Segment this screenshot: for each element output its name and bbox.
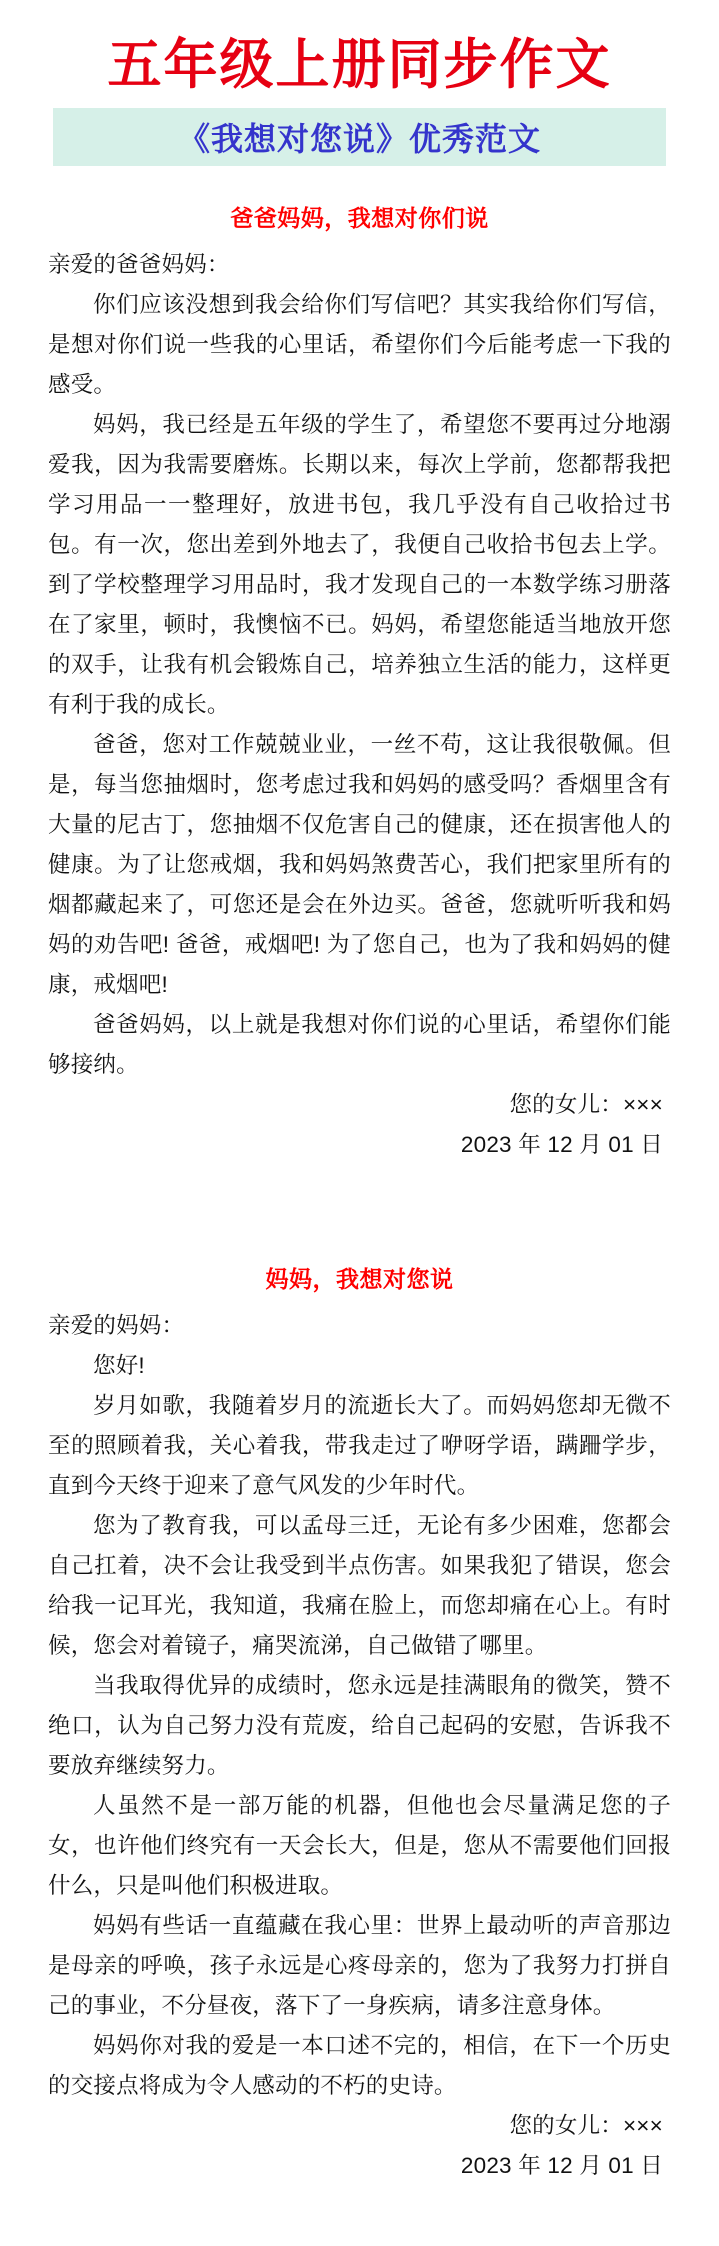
essay-1: 爸爸妈妈，我想对你们说 亲爱的爸爸妈妈： 你们应该没想到我会给你们写信吧？其实我… [48, 200, 671, 1165]
essay-1-salutation: 亲爱的爸爸妈妈： [48, 245, 671, 285]
essay-1-paragraph: 爸爸妈妈，以上就是我想对你们说的心里话，希望你们能够接纳。 [48, 1005, 671, 1085]
page-title: 五年级上册同步作文 [48, 34, 671, 96]
essay-1-paragraph: 爸爸，您对工作兢兢业业，一丝不苟，这让我很敬佩。但是，每当您抽烟时，您考虑过我和… [48, 725, 671, 1005]
essay-1-paragraph: 你们应该没想到我会给你们写信吧？其实我给你们写信，是想对你们说一些我的心里话，希… [48, 285, 671, 405]
essay-2-paragraph: 人虽然不是一部万能的机器，但他也会尽量满足您的子女，也许他们终究有一天会长大，但… [48, 1786, 671, 1906]
essay-1-date: 2023 年 12 月 01 日 [48, 1125, 671, 1165]
subtitle-band: 《我想对您说》优秀范文 [53, 108, 666, 166]
essay-1-paragraph: 妈妈，我已经是五年级的学生了，希望您不要再过分地溺爱我，因为我需要磨炼。长期以来… [48, 405, 671, 725]
essay-2-paragraph: 当我取得优异的成绩时，您永远是挂满眼角的微笑，赞不绝口，认为自己努力没有荒废，给… [48, 1666, 671, 1786]
essay-2-signature: 您的女儿：××× [48, 2106, 671, 2146]
essay-1-signature: 您的女儿：××× [48, 1085, 671, 1125]
essay-2-heading: 妈妈，我想对您说 [48, 1261, 671, 1294]
essay-2-paragraph: 岁月如歌，我随着岁月的流逝长大了。而妈妈您却无微不至的照顾着我，关心着我，带我走… [48, 1386, 671, 1506]
essay-1-heading: 爸爸妈妈，我想对你们说 [48, 200, 671, 233]
page-subtitle: 《我想对您说》优秀范文 [178, 114, 541, 160]
document-page: 五年级上册同步作文 《我想对您说》优秀范文 爸爸妈妈，我想对你们说 亲爱的爸爸妈… [0, 0, 719, 2246]
essay-2: 妈妈，我想对您说 亲爱的妈妈： 您好! 岁月如歌，我随着岁月的流逝长大了。而妈妈… [48, 1261, 671, 2186]
essay-2-paragraph: 妈妈有些话一直蕴藏在我心里：世界上最动听的声音那边是母亲的呼唤，孩子永远是心疼母… [48, 1906, 671, 2026]
essay-2-paragraph: 您好! [48, 1346, 671, 1386]
essay-2-salutation: 亲爱的妈妈： [48, 1306, 671, 1346]
essay-2-paragraph: 妈妈你对我的爱是一本口述不完的，相信，在下一个历史的交接点将成为令人感动的不朽的… [48, 2026, 671, 2106]
essay-2-date: 2023 年 12 月 01 日 [48, 2146, 671, 2186]
essay-2-paragraph: 您为了教育我，可以孟母三迁，无论有多少困难，您都会自己扛着，决不会让我受到半点伤… [48, 1506, 671, 1666]
